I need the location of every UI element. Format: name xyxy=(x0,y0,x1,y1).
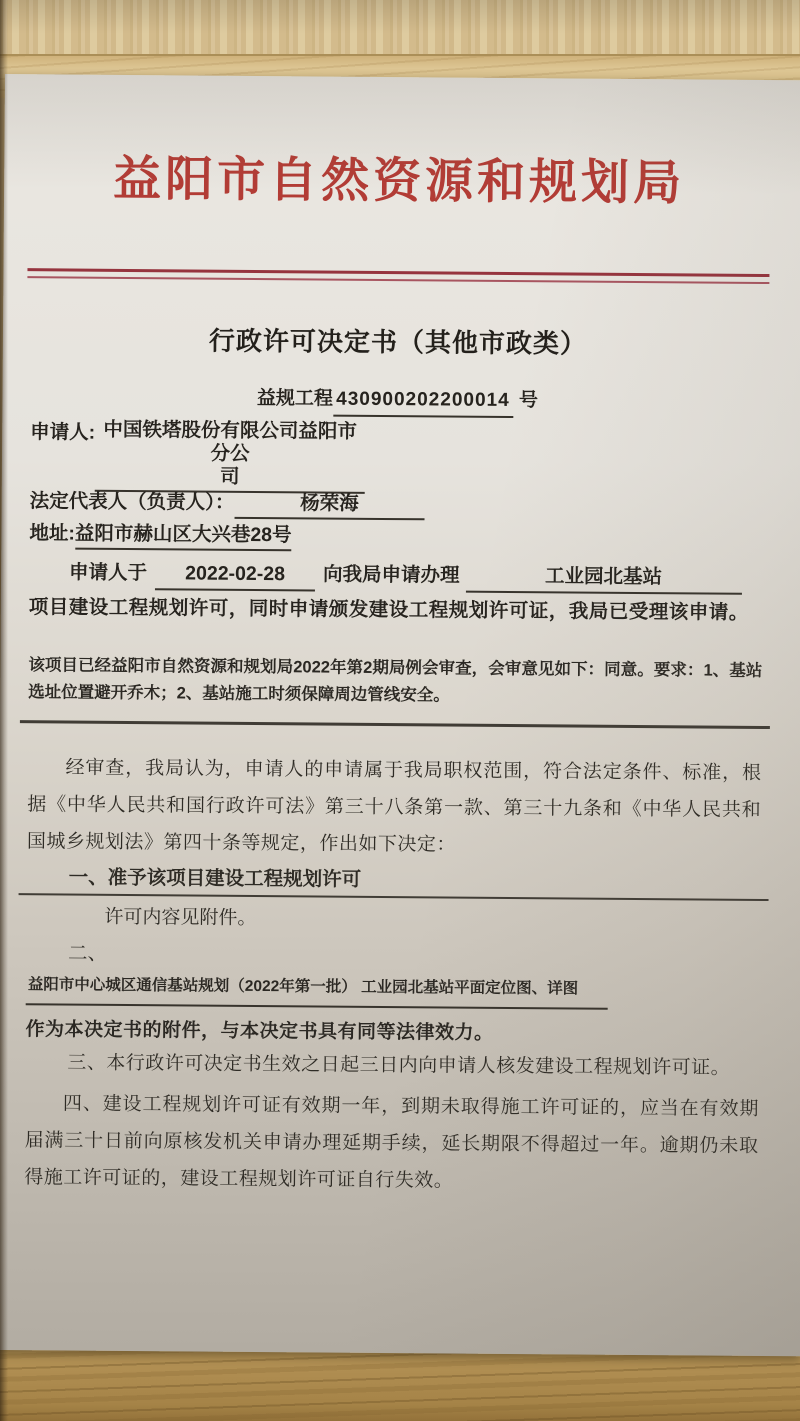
application-prefix: 申请人于 xyxy=(69,558,147,589)
application-date: 2022-02-28 xyxy=(155,558,315,591)
decision-item-4: 四、建设工程规划许可证有效期一年，到期未取得施工许可证的，应当在有效期届满三十日… xyxy=(24,1085,759,1202)
applicant-value-line2: 司 xyxy=(95,465,365,490)
address-field: 地址: 益阳市赫山区大兴巷28号 xyxy=(29,519,763,555)
doc-number-suffix: 号 xyxy=(519,386,538,416)
legal-rep-value: 杨荣海 xyxy=(234,489,424,520)
decision-item-3: 三、本行政许可决定书生效之日起三日内向申请人核发建设工程规划许可证。 xyxy=(25,1050,759,1082)
attachment-name: 益阳市中心城区通信基站规划（2022年第一批） 工业园北基站平面定位图、详图 xyxy=(26,974,609,1010)
document-content: 益阳市自然资源和规划局 行政许可决定书（其他市政类） 益规工程 43090020… xyxy=(24,74,767,1202)
agency-header: 益阳市自然资源和规划局 xyxy=(32,150,766,214)
photo-left-shadow xyxy=(0,0,8,1421)
address-label: 地址: xyxy=(29,519,75,547)
red-double-divider xyxy=(27,268,769,284)
legal-rep-label: 法定代表人（负责人）： xyxy=(30,487,235,517)
application-suffix: 项目建设工程规划许可，同时申请颁发建设工程规划许可证，我局已受理该申请。 xyxy=(29,595,763,626)
section-divider-top xyxy=(20,720,770,728)
review-meeting-note: 该项目已经益阳市自然资源和规划局2022年第2期局例会审查，会审意见如下：同意。… xyxy=(28,652,762,712)
decision-intro: 经审查，我局认为，申请人的申请属于我局职权范围，符合法定条件、标准，根据《中华人… xyxy=(27,749,762,866)
photo-of-document: { "document": { "agency": "益阳市自然资源和规划局",… xyxy=(0,0,800,1421)
applicant-value: 中国铁塔股份有限公司益阳市分公 司 xyxy=(95,419,366,494)
applicant-label: 申请人: xyxy=(30,418,95,447)
decision-item-1: 一、准予该项目建设工程规划许可 xyxy=(27,865,761,897)
doc-number-value: 430900202200014 xyxy=(333,385,513,418)
red-divider-thin-line xyxy=(27,276,769,284)
project-name: 工业园北基站 xyxy=(465,561,741,595)
red-divider-thick-line xyxy=(27,268,769,277)
attachment-legal-note: 作为本决定书的附件，与本决定书具有同等法律效力。 xyxy=(25,1017,759,1048)
document-title: 行政许可决定书（其他市政类） xyxy=(31,322,765,364)
document-paper: 益阳市自然资源和规划局 行政许可决定书（其他市政类） 益规工程 43090020… xyxy=(0,74,800,1356)
doc-number-row: 益规工程 430900202200014 号 xyxy=(30,382,764,420)
address-value: 益阳市赫山区大兴巷28号 xyxy=(75,520,292,552)
applicant-value-line1: 中国铁塔股份有限公司益阳市分公 xyxy=(95,419,365,467)
legal-rep-field: 法定代表人（负责人）： 杨荣海 xyxy=(30,487,764,523)
application-middle: 向我局申请办理 xyxy=(323,560,460,591)
applicant-field: 申请人: 中国铁塔股份有限公司益阳市分公 司 xyxy=(30,418,765,497)
application-row: 申请人于 2022-02-28 向我局申请办理 工业园北基站 xyxy=(29,557,763,595)
wood-desk-background xyxy=(0,1344,800,1421)
doc-number-prefix: 益规工程 xyxy=(257,384,333,415)
permit-content-note: 许可内容见附件。 xyxy=(26,904,760,935)
